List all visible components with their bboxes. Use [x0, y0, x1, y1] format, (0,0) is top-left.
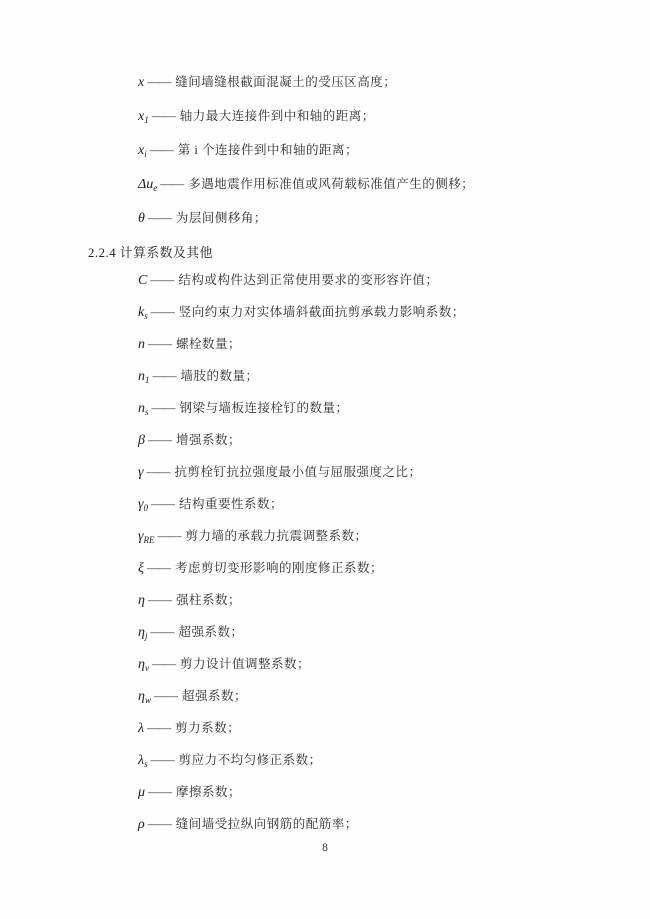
- section-heading: 2.2.4 计算系数及其他: [88, 242, 650, 261]
- dash-separator: ——: [150, 273, 173, 287]
- symbol-definition-row: x——缝间墙缝根截面混凝土的受压区高度；: [138, 72, 650, 93]
- symbol-definition-row: ηv——剪力设计值调整系数；: [138, 654, 650, 675]
- symbol-base: η: [138, 593, 145, 608]
- math-symbol: ns: [138, 401, 149, 416]
- page-number: 8: [0, 842, 650, 854]
- symbol-description: 多遇地震作用标准值或风荷载标准值产生的侧移；: [188, 177, 474, 191]
- symbol-subscript: e: [153, 183, 157, 193]
- symbol-definition-row: ηw——超强系数；: [138, 686, 650, 707]
- math-symbol: xi: [138, 143, 147, 158]
- math-symbol: n1: [138, 369, 150, 384]
- symbol-subscript: 0: [144, 503, 149, 513]
- symbol-base: n: [138, 369, 145, 384]
- symbol-description: 结构重要性系数；: [179, 497, 283, 511]
- dash-separator: ——: [153, 369, 176, 383]
- symbol-base: θ: [138, 211, 145, 226]
- math-symbol: γ: [138, 465, 144, 480]
- math-symbol: λ: [138, 721, 144, 736]
- symbol-subscript: 1: [145, 375, 150, 385]
- dash-separator: ——: [147, 721, 170, 735]
- dash-separator: ——: [152, 401, 175, 415]
- symbol-base: x: [138, 75, 144, 90]
- math-symbol: ρ: [138, 817, 145, 832]
- symbol-definition-row: ρ——缝间墙受拉纵向钢筋的配筋率；: [138, 814, 650, 835]
- symbol-description: 结构或构件达到正常使用要求的变形容许值；: [178, 273, 438, 287]
- symbol-description: 剪力系数；: [175, 721, 240, 735]
- symbol-definition-row: θ——为层间侧移角；: [138, 208, 650, 229]
- dash-separator: ——: [160, 177, 183, 191]
- dash-separator: ——: [151, 753, 174, 767]
- math-symbol: n: [138, 337, 145, 352]
- dash-separator: ——: [158, 529, 181, 543]
- dash-separator: ——: [148, 211, 171, 225]
- symbol-definition-row: n1——墙肢的数量；: [138, 366, 650, 387]
- intro-symbol-list: x——缝间墙缝根截面混凝土的受压区高度； x1——轴力最大连接件到中和轴的距离；…: [0, 72, 650, 229]
- symbol-base: η: [138, 657, 145, 672]
- symbol-base: μ: [138, 785, 145, 800]
- symbol-base: Δu: [138, 177, 153, 192]
- symbol-description: 剪力墙的承载力抗震调整系数；: [186, 529, 368, 543]
- dash-separator: ——: [148, 785, 171, 799]
- symbol-definition-row: ks——竖向约束力对实体墙斜截面抗剪承载力影响系数；: [138, 302, 650, 323]
- symbol-description: 缝间墙受拉纵向钢筋的配筋率；: [176, 817, 358, 831]
- symbol-base: λ: [138, 721, 144, 736]
- dash-separator: ——: [148, 337, 171, 351]
- symbol-definition-row: η——强柱系数；: [138, 590, 650, 611]
- symbol-description: 超强系数；: [178, 625, 243, 639]
- symbol-description: 增强系数；: [176, 433, 241, 447]
- dash-separator: ——: [152, 109, 175, 123]
- math-symbol: θ: [138, 211, 145, 226]
- symbol-base: η: [138, 689, 145, 704]
- symbol-base: n: [138, 337, 145, 352]
- symbol-description: 抗剪栓钉抗拉强度最小值与屈服强度之比；: [175, 465, 422, 479]
- symbol-definition-row: ηj——超强系数；: [138, 622, 650, 643]
- symbol-description: 超强系数；: [182, 689, 247, 703]
- symbol-definition-row: μ——摩擦系数；: [138, 782, 650, 803]
- symbol-base: C: [138, 273, 147, 288]
- dash-separator: ——: [147, 465, 170, 479]
- symbol-description: 剪应力不均匀修正系数；: [179, 753, 322, 767]
- symbol-definition-row: ξ——考虑剪切变形影响的刚度修正系数；: [138, 558, 650, 579]
- symbol-definition-row: n——螺栓数量；: [138, 334, 650, 355]
- dash-separator: ——: [147, 561, 170, 575]
- math-symbol: λs: [138, 753, 148, 768]
- math-symbol: γ0: [138, 497, 148, 512]
- symbol-subscript: v: [145, 663, 149, 673]
- symbol-definition-row: λs——剪应力不均匀修正系数；: [138, 750, 650, 771]
- symbol-subscript: s: [145, 407, 149, 417]
- math-symbol: ηv: [138, 657, 149, 672]
- math-symbol: β: [138, 433, 145, 448]
- math-symbol: C: [138, 273, 147, 288]
- symbol-subscript: s: [144, 311, 148, 321]
- symbol-definition-row: C——结构或构件达到正常使用要求的变形容许值；: [138, 270, 650, 291]
- symbol-description: 墙肢的数量；: [181, 369, 259, 383]
- symbol-description: 第 i 个连接件到中和轴的距离；: [178, 143, 358, 157]
- symbol-definition-row: λ——剪力系数；: [138, 718, 650, 739]
- symbol-description: 剪力设计值调整系数；: [180, 657, 310, 671]
- symbol-definition-row: Δue——多遇地震作用标准值或风荷载标准值产生的侧移；: [138, 174, 650, 195]
- symbol-base: ρ: [138, 817, 145, 832]
- symbol-subscript: 1: [144, 115, 149, 125]
- symbol-base: β: [138, 433, 145, 448]
- math-symbol: ξ: [138, 561, 144, 576]
- symbol-definition-row: γRE——剪力墙的承载力抗震调整系数；: [138, 526, 650, 547]
- dash-separator: ——: [148, 433, 171, 447]
- symbol-description: 钢梁与墙板连接栓钉的数量；: [180, 401, 349, 415]
- document-page: x——缝间墙缝根截面混凝土的受压区高度； x1——轴力最大连接件到中和轴的距离；…: [0, 0, 650, 919]
- symbol-definition-row: γ——抗剪栓钉抗拉强度最小值与屈服强度之比；: [138, 462, 650, 483]
- symbol-base: ξ: [138, 561, 144, 576]
- math-symbol: ks: [138, 305, 148, 320]
- symbol-description: 摩擦系数；: [176, 785, 241, 799]
- symbol-subscript: i: [144, 149, 147, 159]
- symbol-subscript: RE: [144, 535, 155, 545]
- math-symbol: ηj: [138, 625, 147, 640]
- math-symbol: ηw: [138, 689, 151, 704]
- symbol-description: 考虑剪切变形影响的刚度修正系数；: [175, 561, 383, 575]
- math-symbol: μ: [138, 785, 145, 800]
- symbol-description: 轴力最大连接件到中和轴的距离；: [180, 109, 375, 123]
- dash-separator: ——: [148, 817, 171, 831]
- symbol-description: 强柱系数；: [176, 593, 241, 607]
- symbol-definition-row: xi——第 i 个连接件到中和轴的距离；: [138, 140, 650, 161]
- symbol-description: 螺栓数量；: [176, 337, 241, 351]
- symbol-definition-row: β——增强系数；: [138, 430, 650, 451]
- coeff-symbol-list: C——结构或构件达到正常使用要求的变形容许值； ks——竖向约束力对实体墙斜截面…: [0, 270, 650, 835]
- dash-separator: ——: [150, 143, 173, 157]
- symbol-subscript: j: [145, 631, 148, 641]
- dash-separator: ——: [150, 625, 173, 639]
- math-symbol: x1: [138, 109, 149, 124]
- dash-separator: ——: [151, 305, 174, 319]
- symbol-base: n: [138, 401, 145, 416]
- dash-separator: ——: [147, 75, 170, 89]
- symbol-subscript: s: [144, 759, 148, 769]
- symbol-definition-row: ns——钢梁与墙板连接栓钉的数量；: [138, 398, 650, 419]
- math-symbol: x: [138, 75, 144, 90]
- symbol-description: 为层间侧移角；: [176, 211, 267, 225]
- math-symbol: γRE: [138, 529, 155, 544]
- symbol-definition-row: x1——轴力最大连接件到中和轴的距离；: [138, 106, 650, 127]
- math-symbol: Δue: [138, 177, 157, 192]
- dash-separator: ——: [148, 593, 171, 607]
- symbol-description: 竖向约束力对实体墙斜截面抗剪承载力影响系数；: [179, 305, 465, 319]
- symbol-base: γ: [138, 465, 144, 480]
- dash-separator: ——: [152, 657, 175, 671]
- math-symbol: η: [138, 593, 145, 608]
- symbol-description: 缝间墙缝根截面混凝土的受压区高度；: [175, 75, 396, 89]
- dash-separator: ——: [151, 497, 174, 511]
- dash-separator: ——: [154, 689, 177, 703]
- symbol-base: η: [138, 625, 145, 640]
- symbol-definition-row: γ0——结构重要性系数；: [138, 494, 650, 515]
- symbol-subscript: w: [145, 695, 151, 705]
